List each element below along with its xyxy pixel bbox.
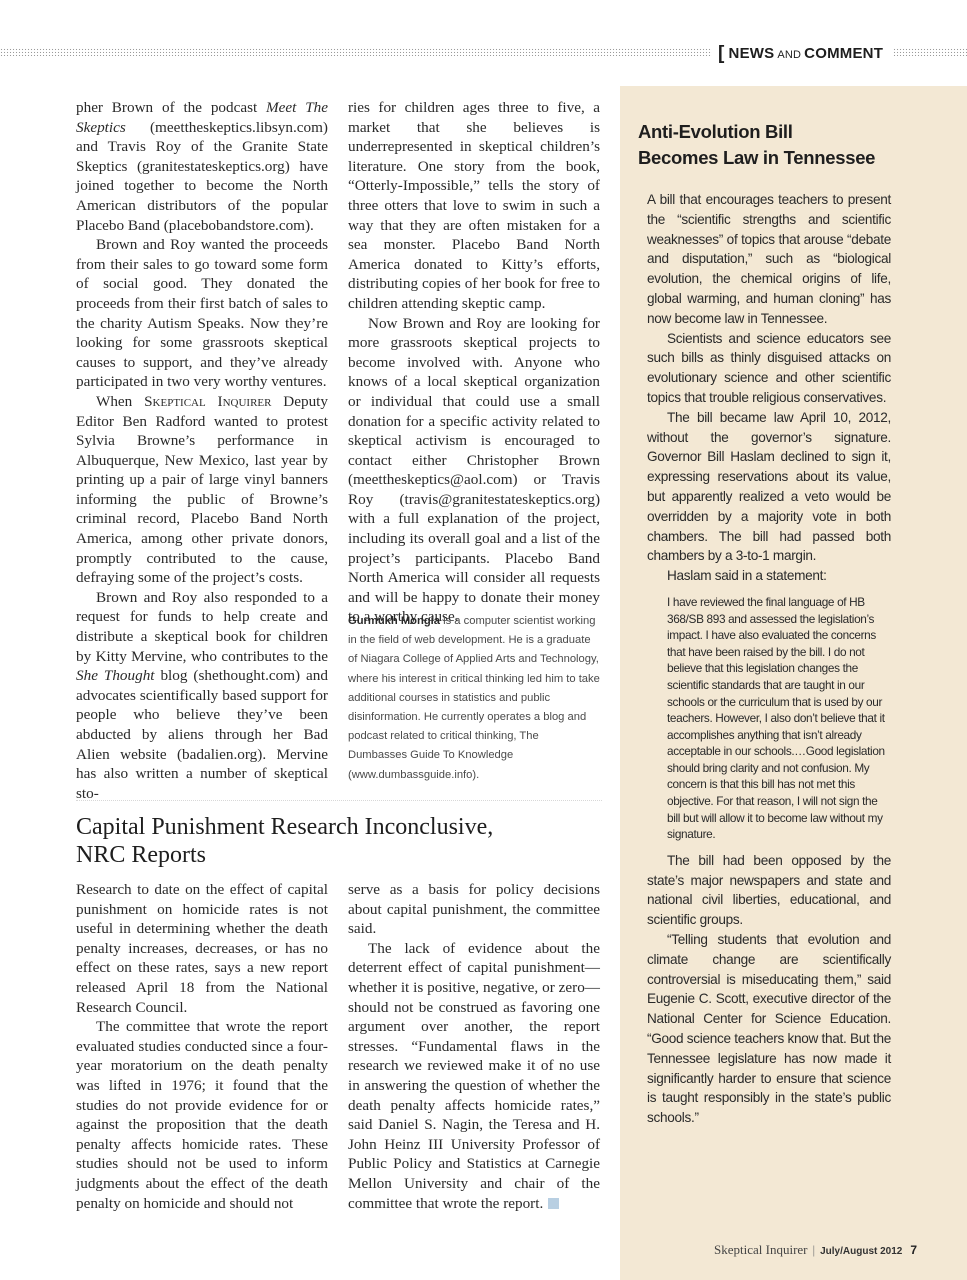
dotted-rule-left — [0, 48, 712, 56]
publication-name: Skeptical Inquirer — [714, 1242, 808, 1257]
article-divider — [76, 800, 602, 801]
magazine-name: Skeptical Inquirer — [144, 393, 271, 410]
paragraph: The lack of evidence about the deterrent… — [348, 939, 600, 1213]
paragraph: Brown and Roy also responded to a reques… — [76, 588, 328, 804]
paragraph: Scientists and science educators see suc… — [647, 329, 891, 408]
page-number: 7 — [910, 1243, 917, 1257]
sidebar-headline: Anti-Evolution Bill Becomes Law in Tenne… — [638, 119, 938, 171]
dotted-rule-right — [893, 48, 967, 56]
author-bio: Gurmukh Mongia is a computer scientist w… — [348, 612, 600, 785]
sidebar-body: A bill that encourages teachers to prese… — [647, 190, 891, 1128]
section-label: [NEWSANDCOMMENT — [718, 42, 883, 64]
paragraph: Haslam said in a statement: — [647, 566, 891, 586]
article2-headline: Capital Punishment Research Inconclusive… — [76, 813, 606, 869]
page-footer: Skeptical Inquirer|July/August 20127 — [714, 1242, 917, 1258]
author-name: Gurmukh Mongia — [348, 615, 440, 627]
footer-separator: | — [813, 1242, 816, 1257]
block-quote: I have reviewed the final language of HB… — [667, 594, 891, 843]
article2-column1: Research to date on the effect of capita… — [76, 880, 328, 1213]
bracket-icon: [ — [718, 43, 725, 64]
paragraph: Brown and Roy wanted the proceeds from t… — [76, 235, 328, 392]
paragraph: “Telling students that evolution and cli… — [647, 930, 891, 1128]
article2-column2: serve as a basis for policy decisions ab… — [348, 880, 600, 1213]
section-word-comment: COMMENT — [804, 45, 883, 62]
paragraph: serve as a basis for policy decisions ab… — [348, 880, 600, 939]
paragraph: ries for children ages three to five, a … — [348, 98, 600, 314]
paragraph: The committee that wrote the report eval… — [76, 1017, 328, 1213]
paragraph: A bill that encourages teachers to prese… — [647, 190, 891, 329]
paragraph: Now Brown and Roy are looking for more g… — [348, 314, 600, 628]
end-mark-icon — [548, 1198, 559, 1209]
paragraph: Research to date on the effect of capita… — [76, 880, 328, 1017]
article1-column2: ries for children ages three to five, a … — [348, 98, 600, 627]
blog-title: She Thought — [76, 667, 155, 684]
issue-date: July/August 2012 — [820, 1246, 902, 1257]
paragraph: When Skeptical Inquirer Deputy Editor Be… — [76, 392, 328, 588]
article1-column1: pher Brown of the podcast Meet The Skept… — [76, 98, 328, 803]
paragraph: The bill became law April 10, 2012, with… — [647, 408, 891, 566]
paragraph: The bill had been opposed by the state’s… — [647, 851, 891, 930]
section-word-and: AND — [777, 49, 801, 61]
section-word-news: NEWS — [729, 45, 775, 62]
bio-text: is a computer scientist working in the f… — [348, 615, 600, 781]
paragraph: pher Brown of the podcast Meet The Skept… — [76, 98, 328, 235]
